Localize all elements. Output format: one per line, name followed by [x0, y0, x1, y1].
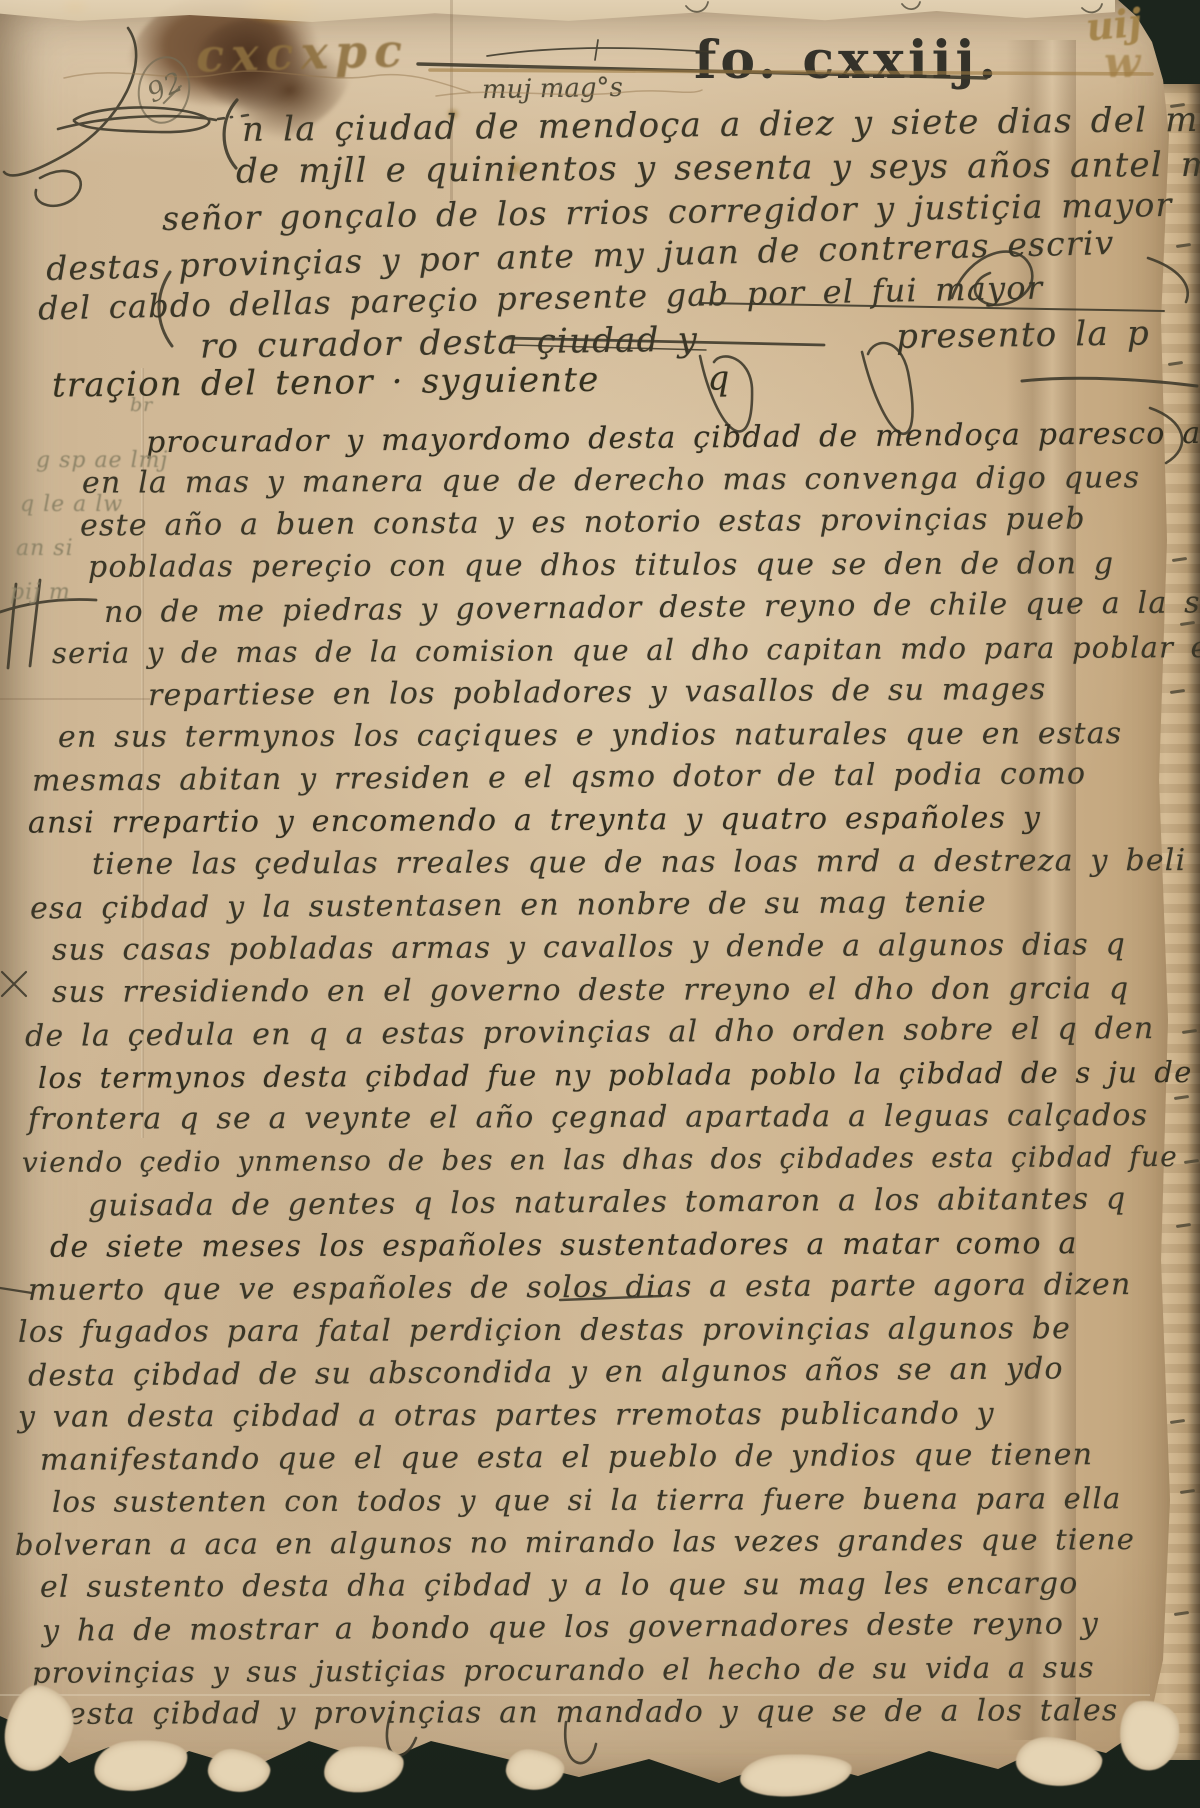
- handwriting-line: el sustento desta dha çibdad y a lo que …: [40, 1566, 1079, 1605]
- margin-note: ʾ: [556, 78, 563, 102]
- handwriting-line: los sustenten con todos y que si la tier…: [52, 1481, 1122, 1519]
- torn-paper-chip: [1014, 1734, 1104, 1789]
- handwriting-line: no de me piedras y governador deste reyn…: [104, 585, 1200, 630]
- handwriting-line: de siete meses los españoles sustentador…: [50, 1226, 1078, 1265]
- adjacent-folio-ink-dash: [1170, 689, 1185, 694]
- handwriting-line: viendo çedio ynmenso de bes en las dhas …: [22, 1140, 1178, 1179]
- margin-note: g sp ae lmj: [36, 448, 168, 473]
- handwriting-line: manifestando que el que esta el pueblo d…: [40, 1437, 1093, 1478]
- handwriting-line: tiene las çedulas rreales que de nas loa…: [92, 843, 1186, 882]
- handwriting-line: de la çedula en q a estas provinçias al …: [25, 1011, 1155, 1054]
- handwriting-line: provinçias y sus justiçias procurando el…: [32, 1650, 1095, 1690]
- margin-note: pij m: [10, 580, 71, 605]
- handwriting-line: ansi rrepartio y encomendo a treynta y q…: [28, 800, 1041, 840]
- adjacent-folio-ink-dash: [1174, 1095, 1189, 1100]
- handwriting-line: esta çibdad y provinçias an mandado y qu…: [68, 1693, 1119, 1732]
- torn-paper-chip: [1115, 1696, 1184, 1774]
- handwriting-line: bolveran a aca en algunos no mirando las…: [15, 1522, 1135, 1562]
- adjacent-folio-ink-dash: [1176, 1223, 1191, 1228]
- adjacent-folio-ink-dash: [1180, 1489, 1195, 1494]
- torn-paper-chip: [322, 1743, 405, 1794]
- margin-note: q le a lw: [20, 492, 123, 517]
- adjacent-folio-ink-dash: [1168, 361, 1183, 366]
- handwriting-line: repartiese en los pobladores y vasallos …: [148, 672, 1047, 713]
- handwriting-line: sus casas pobladas armas y cavallos y de…: [52, 927, 1126, 968]
- handwriting-line: los termynos desta çibdad fue ny poblada…: [38, 1055, 1193, 1095]
- adjacent-folio-ink-dash: [1182, 1029, 1197, 1034]
- handwriting-line: procurador y mayordomo desta çibdad de m…: [146, 415, 1200, 460]
- manuscript-scan: 92 cxcxpc muj mag°s fo. cxxiij. uij w: [0, 0, 1200, 1808]
- handwriting-line: traçion del tenor · syguiente q: [52, 358, 731, 405]
- handwriting-line: los fugados para fatal perdiçion destas …: [18, 1311, 1071, 1350]
- handwriting-line: mesmas abitan y rresiden e el qsmo dotor…: [32, 756, 1086, 798]
- torn-paper-chip: [739, 1751, 853, 1799]
- adjacent-folio-ink-dash: [1170, 1419, 1185, 1424]
- handwriting-layer: n la çiudad de mendoça a diez y siete di…: [0, 0, 1200, 1808]
- handwriting-line: y ha de mostrar a bondo que los governad…: [42, 1606, 1099, 1648]
- handwriting-line: n la çiudad de mendoça a diez y siete di…: [242, 98, 1200, 150]
- handwriting-line: frontera q se a veynte el año çegnad apa…: [28, 1098, 1148, 1137]
- handwriting-line: sus rresidiendo en el governo deste rrey…: [52, 971, 1129, 1010]
- handwriting-line: pobladas pereçio con que dhos titulos qu…: [88, 546, 1114, 585]
- torn-paper-chip: [92, 1735, 191, 1795]
- torn-paper-chip: [205, 1746, 272, 1796]
- adjacent-folio-ink-dash: [1172, 557, 1187, 562]
- torn-paper-chip: [504, 1747, 566, 1793]
- handwriting-line: y van desta çibdad a otras partes rremot…: [18, 1396, 995, 1434]
- handwriting-line: en la mas y manera que de derecho mas co…: [82, 460, 1140, 501]
- handwriting-line: en sus termynos los caçiques e yndios na…: [58, 716, 1122, 755]
- handwriting-line: de mjll e quinientos y sesenta y seys añ…: [236, 144, 1200, 191]
- handwriting-line: este año a buen consta y es notorio esta…: [80, 501, 1086, 543]
- handwriting-line: guisada de gentes q los naturales tomaro…: [88, 1181, 1127, 1223]
- handwriting-line: muerto que ve españoles de solos dias a …: [28, 1267, 1132, 1308]
- adjacent-folio-ink-dash: [1176, 243, 1191, 248]
- adjacent-folio-ink-dash: [1174, 1611, 1189, 1616]
- adjacent-folio-ink-dash: [1180, 621, 1195, 626]
- torn-paper-chip: [0, 1680, 80, 1778]
- margin-note: an si: [16, 536, 74, 561]
- handwriting-line: seria y de mas de la comision que al dho…: [52, 630, 1200, 670]
- adjacent-folio-ink-dash: [1184, 1159, 1199, 1164]
- handwriting-line: desta çibdad de su abscondida y en algun…: [28, 1351, 1064, 1393]
- margin-note: br: [130, 394, 153, 416]
- handwriting-line: esa çibdad y la sustentasen en nonbre de…: [30, 885, 987, 927]
